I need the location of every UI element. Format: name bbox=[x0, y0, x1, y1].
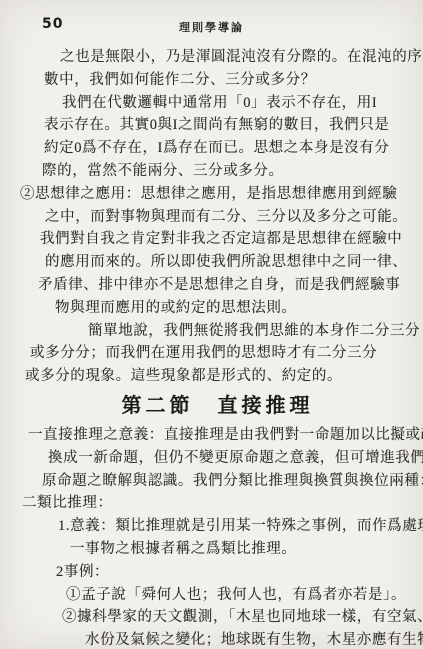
text-line: 之中，而對事物與理而有二分、三分以及多分之可能。 bbox=[20, 206, 415, 229]
book-title: 理則學導論 bbox=[0, 19, 423, 35]
text-line: 二類比推理： bbox=[20, 492, 415, 515]
page-body: 之也是無限小，乃是渾圓混沌沒有分際的。在混沌的序數中，我們如何能作二分、三分或多… bbox=[20, 46, 415, 649]
text-line: 或多分的現象。這些現象都是形式的、約定的。 bbox=[20, 365, 415, 388]
text-line: 數中，我們如何能作二分、三分或多分？ bbox=[20, 69, 415, 92]
section-heading: 第二節 直接推理 bbox=[20, 388, 415, 424]
page-header: 50 理則學導論 bbox=[0, 14, 423, 38]
text-line: 或多分分；而我們在運用我們的思想時才有二分三分 bbox=[20, 342, 415, 365]
text-line: 約定0爲不存在，I爲存在而已。思想之本身是沒有分 bbox=[20, 137, 415, 160]
text-line: ②思想律之應用：思想律之應用，是指思想律應用到經驗 bbox=[20, 183, 415, 206]
text-line: 1.意義：類比推理就是引用某一特殊之事例，而作爲處理某 bbox=[20, 515, 415, 538]
text-line: 我們在代數邏輯中通常用「0」表示不存在，用I bbox=[20, 92, 415, 115]
text-line: 我們對自我之肯定對非我之否定這都是思想律在經驗中 bbox=[20, 228, 415, 251]
text-line: 際的，當然不能兩分、三分或多分。 bbox=[20, 160, 415, 183]
text-line: 物與理而應用的或約定的思想法則。 bbox=[20, 297, 415, 320]
text-line: 矛盾律、排中律亦不是思想律之自身，而是我們經驗事 bbox=[20, 274, 415, 297]
text-line: 2事例： bbox=[20, 561, 415, 584]
text-line: 換成一新命題，但仍不變更原命題之意義，但可增進我們對 bbox=[20, 447, 415, 470]
text-line: 一事物之根據者稱之爲類比推理。 bbox=[20, 538, 415, 561]
text-line: 水份及氣候之變化；地球既有生物，木星亦應有生物」 bbox=[20, 629, 415, 649]
text-line: 的應用而來的。所以即使我們所說思想律中之同一律、 bbox=[20, 251, 415, 274]
text-line: ①孟子說「舜何人也；我何人也，有爲者亦若是」。 bbox=[20, 584, 415, 607]
text-line: 表示存在。其實0與I之間尚有無窮的數目，我們只是 bbox=[20, 114, 415, 137]
text-line: 一直接推理之意義：直接推理是由我們對一命題加以比擬或改 bbox=[20, 424, 415, 447]
text-line: 之也是無限小，乃是渾圓混沌沒有分際的。在混沌的序 bbox=[20, 46, 415, 69]
scanned-page: 50 理則學導論 之也是無限小，乃是渾圓混沌沒有分際的。在混沌的序數中，我們如何… bbox=[0, 0, 423, 649]
text-line: 簡單地說，我們無從將我們思維的本身作二分三分 bbox=[20, 320, 415, 343]
text-line: ②據科學家的天文觀測，「木星也同地球一樣，有空氣、 bbox=[20, 606, 415, 629]
text-line: 原命題之瞭解與認識。我們分類比推理與換質與換位兩種： bbox=[20, 470, 415, 493]
